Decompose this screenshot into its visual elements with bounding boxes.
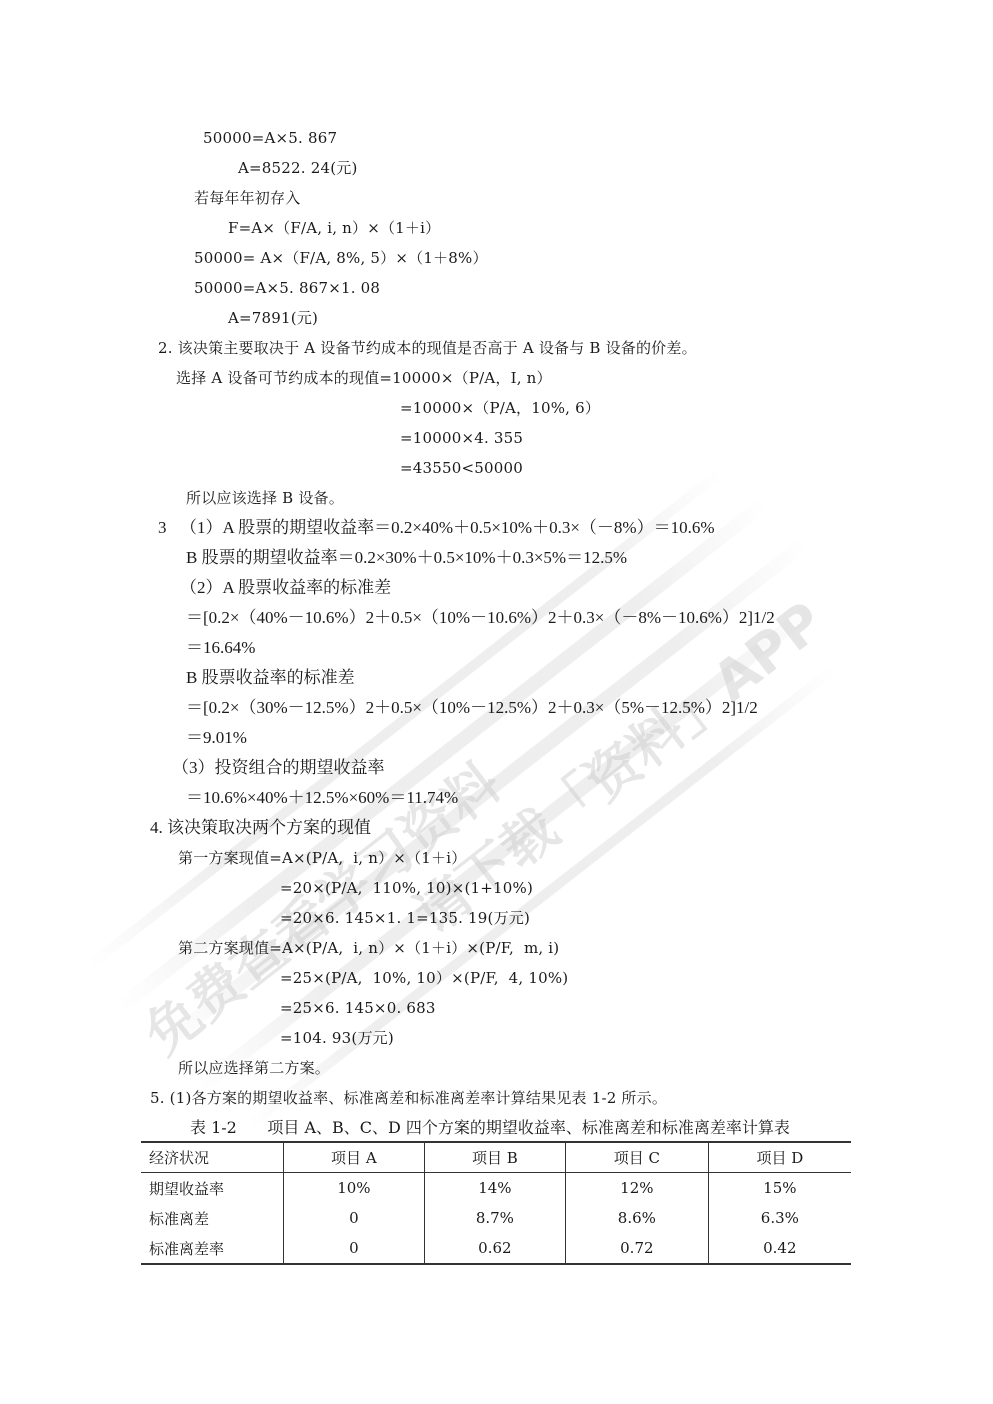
section-heading: 2. 该决策主要取决于 A 设备节约成本的现值是否高于 A 设备与 B 设备的价… [158,338,697,358]
document-page: 免费查看学习资料 请下载「资料」APP 50000=A×5. 867 A=852… [0,0,993,1404]
table-cell: 0.72 [566,1233,709,1264]
formula-line: 第一方案现值=A×(P/A, i, n）×（1＋i） [178,848,466,868]
conclusion-line: 所以应该选择 B 设备。 [186,488,344,508]
formula-line: =20×6. 145×1. 1=135. 19(万元) [280,908,530,928]
formula-line: ＝10.6%×40%＋12.5%×60%＝11.74% [186,788,458,808]
formula-line: 第二方案现值=A×(P/A, i, n）×（1＋i）×(P/F, m, i) [178,938,559,958]
conclusion-line: 所以应选择第二方案。 [178,1058,330,1078]
table-row: 标准离差率 0 0.62 0.72 0.42 [141,1233,851,1264]
table-cell: 8.7% [424,1203,565,1233]
formula-line: =10000×（P/A，10%, 6） [400,398,600,418]
formula-line: ＝[0.2×（30%－12.5%）2＋0.5×（10%－12.5%）2＋0.3×… [186,698,758,718]
column-header: 项目 D [708,1142,851,1173]
table-cell: 8.6% [566,1203,709,1233]
formula-line: =10000×4. 355 [400,428,523,448]
formula-line: 50000= A×（F/A, 8%, 5）×（1＋8%） [194,248,488,268]
formula-line: A=8522. 24(元) [238,158,358,178]
formula-line: =43550<50000 [400,458,523,478]
formula-line: =25×6. 145×0. 683 [280,998,436,1018]
row-label: 标准离差率 [141,1233,284,1264]
formula-line: F=A×（F/A, i, n）×（1＋i） [228,218,440,238]
formula-line: B 股票的期望收益率＝0.2×30%＋0.5×10%＋0.3×5%＝12.5% [186,548,627,568]
formula-line: =25×(P/A, 10%, 10）×(P/F, 4, 10%) [280,968,568,988]
formula-line: A=7891(元) [228,308,318,328]
formula-line: 50000=A×5. 867 [203,128,337,148]
formula-line: ＝16.64% [186,638,255,658]
column-header: 经济状况 [141,1142,284,1173]
table-cell: 14% [424,1173,565,1204]
results-table: 经济状况 项目 A 项目 B 项目 C 项目 D 期望收益率 10% 14% 1… [141,1141,851,1265]
table-cell: 6.3% [708,1203,851,1233]
section-heading: 5. (1)各方案的期望收益率、标准离差和标准离差率计算结果见表 1-2 所示。 [150,1088,667,1108]
table-cell: 0.62 [424,1233,565,1264]
text-line: （3）投资组合的期望收益率 [172,758,385,778]
formula-line: 50000=A×5. 867×1. 08 [194,278,380,298]
table-cell: 12% [566,1173,709,1204]
formula-line: （1）A 股票的期望收益率＝0.2×40%＋0.5×10%＋0.3×（－8%）＝… [180,518,715,538]
section-number: 3 [158,518,167,538]
formula-line: =20×(P/A, 110%, 10)×(1+10%) [280,878,533,898]
row-label: 期望收益率 [141,1173,284,1204]
column-header: 项目 B [424,1142,565,1173]
table-cell: 0 [284,1233,425,1264]
text-line: 若每年年初存入 [194,188,300,208]
formula-line: 选择 A 设备可节约成本的现值=10000×（P/A，I, n） [176,368,552,388]
formula-line: ＝[0.2×（40%－10.6%）2＋0.5×（10%－10.6%）2＋0.3×… [186,608,775,628]
formula-line: =104. 93(万元) [280,1028,394,1048]
table-row: 期望收益率 10% 14% 12% 15% [141,1173,851,1204]
table-cell: 10% [284,1173,425,1204]
table-cell: 15% [708,1173,851,1204]
column-header: 项目 A [284,1142,425,1173]
section-heading: 4. 该决策取决两个方案的现值 [150,818,371,838]
table-row: 标准离差 0 8.7% 8.6% 6.3% [141,1203,851,1233]
table-cell: 0 [284,1203,425,1233]
watermark-stripe [116,497,771,1013]
formula-line: ＝9.01% [186,728,247,748]
text-line: B 股票收益率的标准差 [186,668,355,688]
table-caption: 表 1-2 项目 A、B、C、D 四个方案的期望收益率、标准离差和标准离差率计算… [190,1118,790,1138]
text-line: （2）A 股票收益率的标准差 [180,578,391,598]
column-header: 项目 C [566,1142,709,1173]
row-label: 标准离差 [141,1203,284,1233]
table-cell: 0.42 [708,1233,851,1264]
table-header-row: 经济状况 项目 A 项目 B 项目 C 项目 D [141,1142,851,1173]
